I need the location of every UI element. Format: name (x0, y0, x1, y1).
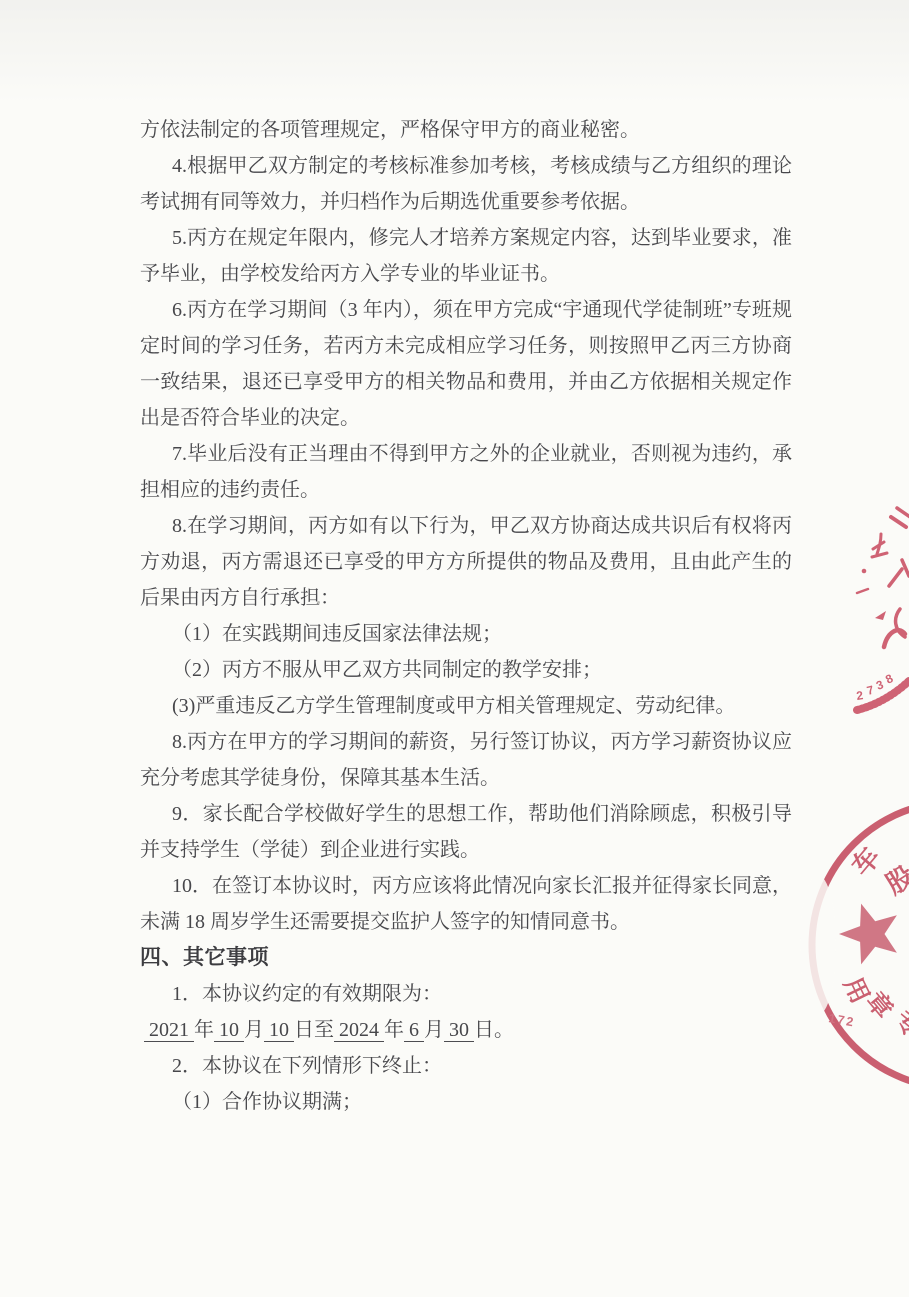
section-heading: 四、其它事项 (140, 940, 792, 976)
seal-serial-number: 172 (827, 1011, 856, 1029)
date-label: 月 (424, 1019, 444, 1041)
seal-bottom-char: 专 (889, 1005, 909, 1043)
seal-outer-ring (812, 802, 909, 1088)
seal-ink-fade (800, 875, 836, 1015)
seal-bottom-char: 章 (861, 986, 899, 1024)
paragraph: 6.丙方在学习期间（3 年内），须在甲方完成“宇通现代学徒制班”专班规定时间的学… (140, 292, 792, 436)
date-label: 年 (194, 1019, 214, 1041)
paragraph: 5.丙方在规定年限内，修完人才培养方案规定内容，达到毕业要求，准予毕业，由学校发… (140, 220, 792, 292)
validity-date-line: 2021 年 10 月 10 日至 2024 年 6 月 30 日。 (140, 1012, 792, 1048)
date-label: 日。 (474, 1019, 514, 1041)
paragraph: 8.在学习期间，丙方如有以下行为，甲乙双方协商达成共识后有权将丙方劝退，丙方需退… (140, 508, 792, 616)
company-round-seal: 车 股 用 章 专 172 (800, 802, 909, 1088)
upper-partial-seal: 2 7 3 8 (855, 508, 909, 710)
seal-arc-char: 股 (881, 860, 909, 900)
paragraph: 9．家长配合学校做好学生的思想工作，帮助他们消除顾虑，积极引导并支持学生（学徒）… (140, 796, 792, 868)
seal-bottom-char: 用 (838, 973, 874, 1008)
date-label: 月 (244, 1019, 264, 1041)
paragraph: （2）丙方不服从甲乙双方共同制定的教学安排； (140, 652, 792, 688)
seal-hatched-arc (857, 681, 909, 710)
seal-arc-char: 车 (846, 842, 886, 882)
date-fill-in-value: 2024 (334, 1019, 384, 1042)
seal-star-icon (839, 904, 897, 965)
paragraph: 方依法制定的各项管理规定，严格保守甲方的商业秘密。 (140, 112, 792, 148)
date-fill-in-value: 10 (214, 1019, 244, 1042)
paragraph: 4.根据甲乙双方制定的考核标准参加考核，考核成绩与乙方组织的理论考试拥有同等效力… (140, 148, 792, 220)
scan-speck (317, 601, 320, 604)
date-fill-in-value: 30 (444, 1019, 474, 1042)
seal-digit: 3 (874, 677, 885, 693)
date-label: 年 (384, 1019, 404, 1041)
seal-digit: 7 (865, 683, 875, 698)
scanned-agreement-page: 方依法制定的各项管理规定，严格保守甲方的商业秘密。4.根据甲乙双方制定的考核标准… (0, 0, 909, 1297)
date-label: 日至 (294, 1019, 334, 1041)
paragraph: 8.丙方在甲方的学习期间的薪资，另行签订协议，丙方学习薪资协议应充分考虑其学徒身… (140, 724, 792, 796)
paragraph: 1．本协议约定的有效期限为： (140, 976, 792, 1012)
document-body: 方依法制定的各项管理规定，严格保守甲方的商业秘密。4.根据甲乙双方制定的考核标准… (140, 112, 792, 1120)
upper-seal-serial-digits: 2 7 3 8 (855, 671, 895, 703)
paragraph: (3)严重违反乙方学生管理制度或甲方相关管理规定、劳动纪律。 (140, 688, 792, 724)
paragraph: 2．本协议在下列情形下终止： (140, 1048, 792, 1084)
date-fill-in-value: 2021 (144, 1019, 194, 1042)
date-fill-in-value: 10 (264, 1019, 294, 1042)
seal-digit: 2 (855, 688, 864, 703)
date-fill-in-value: 6 (404, 1019, 424, 1042)
paragraph: （1）合作协议期满； (140, 1084, 792, 1120)
paragraph: 10．在签订本协议时，丙方应该将此情况向家长汇报并征得家长同意，未满 18 周岁… (140, 868, 792, 940)
paragraph: （1）在实践期间违反国家法律法规； (140, 616, 792, 652)
paragraph: 7.毕业后没有正当理由不得到甲方之外的企业就业，否则视为违约，承担相应的违约责任… (140, 436, 792, 508)
seal-digit: 8 (883, 671, 895, 687)
scan-shading (0, 0, 909, 115)
stamp-fragment-triangle (875, 611, 886, 620)
